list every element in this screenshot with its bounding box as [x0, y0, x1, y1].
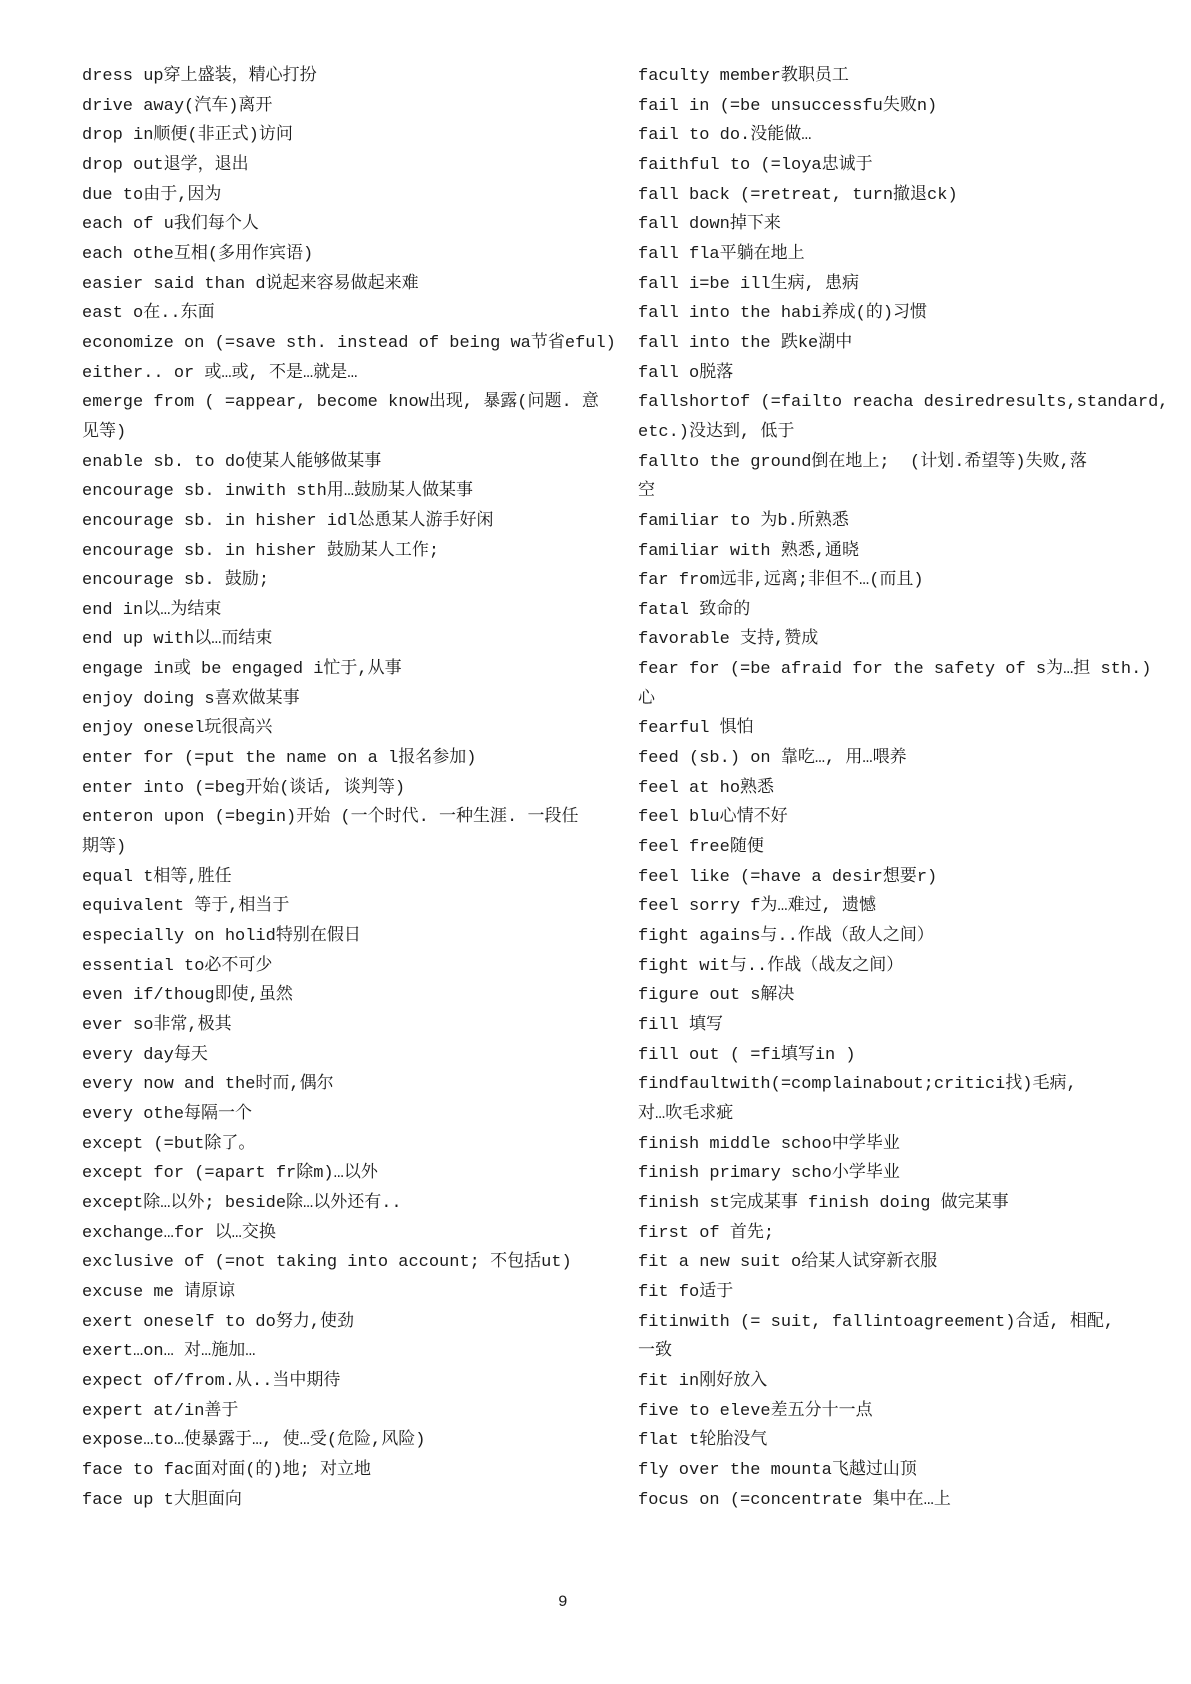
entry-line: fall down掉下来	[638, 210, 1143, 240]
entry-line: engage in或 be engaged i忙于,从事	[82, 655, 602, 685]
entry-line: dress up穿上盛装，精心打扮	[82, 62, 602, 92]
entry-line: 见等)	[82, 418, 602, 448]
entry-line: except for (=apart fr除m)…以外	[82, 1159, 602, 1189]
entry-line: fall into the 跌ke湖中	[638, 329, 1143, 359]
entry-line: fit fo适于	[638, 1278, 1143, 1308]
entry-line: findfaultwith(=complainabout;critici找)毛病…	[638, 1070, 1143, 1100]
entry-line: easier said than d说起来容易做起来难	[82, 270, 602, 300]
entry-line: focus on (=concentrate 集中在…上	[638, 1486, 1143, 1516]
entry-line: emerge from ( =appear, become know出现, 暴露…	[82, 388, 602, 418]
entry-line: exert…on… 对…施加…	[82, 1337, 602, 1367]
entry-line: fallshortof (=failto reacha desiredresul…	[638, 388, 1143, 418]
entry-line: fall fla平躺在地上	[638, 240, 1143, 270]
entry-line: 期等)	[82, 833, 602, 863]
entry-line: even if/thoug即使,虽然	[82, 981, 602, 1011]
entry-line: expert at/in善于	[82, 1397, 602, 1427]
left-column: dress up穿上盛装，精心打扮drive away(汽车)离开drop in…	[82, 62, 602, 1515]
entry-line: enjoy doing s喜欢做某事	[82, 685, 602, 715]
entry-line: fit a new suit o给某人试穿新衣服	[638, 1248, 1143, 1278]
entry-line: end up with以…而结束	[82, 625, 602, 655]
entry-line: feed (sb.) on 靠吃…, 用…喂养	[638, 744, 1143, 774]
entry-line: familiar with 熟悉,通晓	[638, 537, 1143, 567]
entry-line: enjoy onesel玩很高兴	[82, 714, 602, 744]
entry-line: equal t相等,胜任	[82, 863, 602, 893]
entry-line: faithful to (=loya忠诚于	[638, 151, 1143, 181]
entry-line: fight wit与..作战（战友之间）	[638, 952, 1143, 982]
entry-line: familiar to 为b.所熟悉	[638, 507, 1143, 537]
entry-line: equivalent 等于,相当于	[82, 892, 602, 922]
entry-line: etc.)没达到, 低于	[638, 418, 1143, 448]
entry-line: exclusive of (=not taking into account; …	[82, 1248, 602, 1278]
entry-line: fallto the ground倒在地上; (计划.希望等)失败,落	[638, 448, 1143, 478]
entry-line: drive away(汽车)离开	[82, 92, 602, 122]
entry-line: 一致	[638, 1337, 1143, 1367]
entry-line: five to eleve差五分十一点	[638, 1397, 1143, 1427]
entry-line: encourage sb. in hisher 鼓励某人工作;	[82, 537, 602, 567]
entry-line: 对…吹毛求疵	[638, 1100, 1143, 1130]
entry-line: fight agains与..作战（敌人之间）	[638, 922, 1143, 952]
entry-line: fatal 致命的	[638, 596, 1143, 626]
entry-line: fail to do.没能做…	[638, 121, 1143, 151]
entry-line: essential to必不可少	[82, 952, 602, 982]
entry-line: fall o脱落	[638, 359, 1143, 389]
entry-line: 空	[638, 477, 1143, 507]
entry-line: especially on holid特别在假日	[82, 922, 602, 952]
entry-line: each othe互相(多用作宾语)	[82, 240, 602, 270]
entry-line: economize on (=save sth. instead of bein…	[82, 329, 602, 359]
entry-line: favorable 支持,赞成	[638, 625, 1143, 655]
entry-line: fit in刚好放入	[638, 1367, 1143, 1397]
entry-line: enable sb. to do使某人能够做某事	[82, 448, 602, 478]
entry-line: feel blu心情不好	[638, 803, 1143, 833]
entry-line: faculty member教职员工	[638, 62, 1143, 92]
entry-line: excuse me 请原谅	[82, 1278, 602, 1308]
entry-line: feel free随便	[638, 833, 1143, 863]
entry-line: fall back (=retreat, turn撤退ck)	[638, 181, 1143, 211]
entry-line: each of u我们每个人	[82, 210, 602, 240]
entry-line: ever so非常,极其	[82, 1011, 602, 1041]
entry-line: fly over the mounta飞越过山顶	[638, 1456, 1143, 1486]
entry-line: expect of/from.从..当中期待	[82, 1367, 602, 1397]
entry-line: 心	[638, 685, 1143, 715]
entry-line: drop in顺便(非正式)访问	[82, 121, 602, 151]
entry-line: due to由于,因为	[82, 181, 602, 211]
entry-line: fall into the habi养成(的)习惯	[638, 299, 1143, 329]
entry-line: fitinwith (= suit, fallintoagreement)合适,…	[638, 1308, 1143, 1338]
entry-line: fail in (=be unsuccessfu失败n)	[638, 92, 1143, 122]
page-number: 9	[558, 1592, 568, 1612]
entry-line: every othe每隔一个	[82, 1100, 602, 1130]
entry-line: drop out退学，退出	[82, 151, 602, 181]
entry-line: first of 首先;	[638, 1219, 1143, 1249]
entry-line: feel like (=have a desir想要r)	[638, 863, 1143, 893]
entry-line: every day每天	[82, 1041, 602, 1071]
entry-line: fearful 惧怕	[638, 714, 1143, 744]
document-page: dress up穿上盛装，精心打扮drive away(汽车)离开drop in…	[0, 0, 1191, 1684]
entry-line: expose…to…使暴露于…, 使…受(危险,风险)	[82, 1426, 602, 1456]
entry-line: fill out ( =fi填写in )	[638, 1041, 1143, 1071]
entry-line: feel sorry f为…难过, 遗憾	[638, 892, 1143, 922]
entry-line: fall i=be ill生病, 患病	[638, 270, 1143, 300]
entry-line: enter for (=put the name on a l报名参加)	[82, 744, 602, 774]
right-column: faculty member教职员工fail in (=be unsuccess…	[638, 62, 1143, 1515]
entry-line: enter into (=beg开始(谈话, 谈判等)	[82, 774, 602, 804]
entry-line: flat t轮胎没气	[638, 1426, 1143, 1456]
entry-line: encourage sb. in hisher idl怂恿某人游手好闲	[82, 507, 602, 537]
entry-line: finish st完成某事 finish doing 做完某事	[638, 1189, 1143, 1219]
entry-line: end in以…为结束	[82, 596, 602, 626]
entry-line: encourage sb. inwith sth用…鼓励某人做某事	[82, 477, 602, 507]
entry-line: except除…以外; beside除…以外还有..	[82, 1189, 602, 1219]
entry-line: face to fac面对面(的)地; 对立地	[82, 1456, 602, 1486]
entry-line: enteron upon (=begin)开始 (一个时代. 一种生涯. 一段任	[82, 803, 602, 833]
entry-line: far from远非,远离;非但不…(而且)	[638, 566, 1143, 596]
entry-line: exchange…for 以…交换	[82, 1219, 602, 1249]
entry-line: figure out s解决	[638, 981, 1143, 1011]
entry-line: encourage sb. 鼓励;	[82, 566, 602, 596]
entry-line: exert oneself to do努力,使劲	[82, 1308, 602, 1338]
entry-line: fear for (=be afraid for the safety of s…	[638, 655, 1143, 685]
entry-line: except (=but除了。	[82, 1130, 602, 1160]
entry-line: fill 填写	[638, 1011, 1143, 1041]
entry-line: finish primary scho小学毕业	[638, 1159, 1143, 1189]
entry-line: face up t大胆面向	[82, 1486, 602, 1516]
entry-line: either.. or 或…或, 不是…就是…	[82, 359, 602, 389]
entry-line: east o在..东面	[82, 299, 602, 329]
entry-line: finish middle schoo中学毕业	[638, 1130, 1143, 1160]
entry-line: feel at ho熟悉	[638, 774, 1143, 804]
entry-line: every now and the时而,偶尔	[82, 1070, 602, 1100]
